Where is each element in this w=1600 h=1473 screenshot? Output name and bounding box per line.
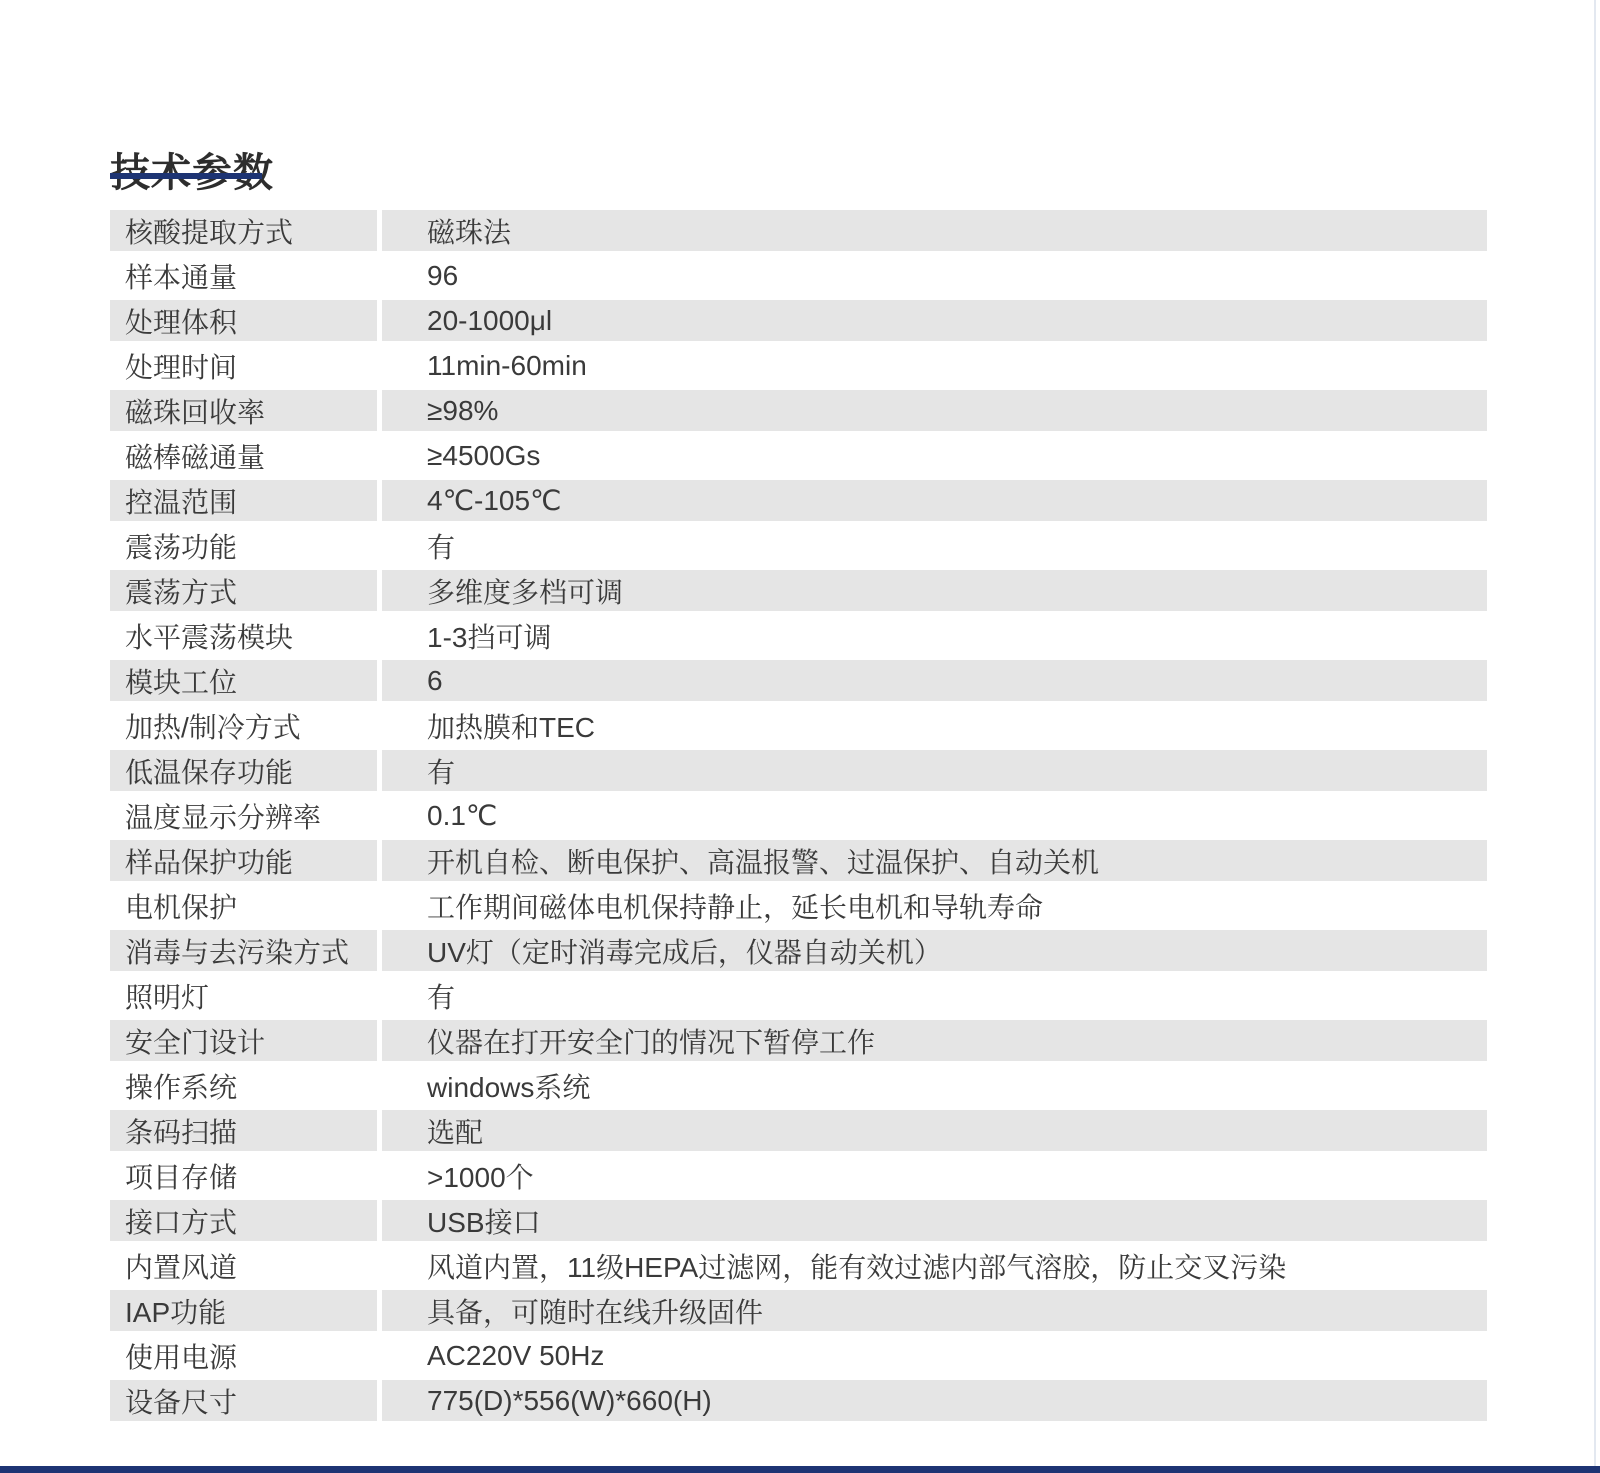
spec-value: 0.1℃ — [382, 795, 1487, 836]
spec-value: 11min-60min — [382, 345, 1487, 386]
spec-value: ≥98% — [382, 390, 1487, 431]
spec-label: 核酸提取方式 — [110, 210, 377, 251]
table-row: 安全门设计 仪器在打开安全门的情况下暂停工作 — [110, 1018, 1487, 1063]
spec-label: 样品保护功能 — [110, 840, 377, 881]
spec-table: 核酸提取方式 磁珠法 样本通量 96 处理体积 20-1000μl 处理时间 1… — [110, 208, 1487, 1423]
spec-label: 磁棒磁通量 — [110, 435, 377, 476]
spec-value: 6 — [382, 660, 1487, 701]
spec-value: 仪器在打开安全门的情况下暂停工作 — [382, 1020, 1487, 1061]
spec-label: 设备尺寸 — [110, 1380, 377, 1421]
table-row: 控温范围 4℃-105℃ — [110, 478, 1487, 523]
table-row: 设备尺寸 775(D)*556(W)*660(H) — [110, 1378, 1487, 1423]
table-row: 水平震荡模块 1-3挡可调 — [110, 613, 1487, 658]
spec-label: 处理体积 — [110, 300, 377, 341]
spec-value: UV灯（定时消毒完成后，仪器自动关机） — [382, 930, 1487, 971]
table-row: 震荡功能 有 — [110, 523, 1487, 568]
page-right-edge-line — [1594, 0, 1596, 1473]
spec-label: 控温范围 — [110, 480, 377, 521]
spec-label: 磁珠回收率 — [110, 390, 377, 431]
table-row: 核酸提取方式 磁珠法 — [110, 208, 1487, 253]
spec-label: 消毒与去污染方式 — [110, 930, 377, 971]
table-row: 电机保护 工作期间磁体电机保持静止，延长电机和导轨寿命 — [110, 883, 1487, 928]
spec-value: 96 — [382, 255, 1487, 296]
spec-value: 磁珠法 — [382, 210, 1487, 251]
spec-label: 内置风道 — [110, 1245, 377, 1286]
spec-label: 模块工位 — [110, 660, 377, 701]
spec-label: 安全门设计 — [110, 1020, 377, 1061]
spec-value: 具备，可随时在线升级固件 — [382, 1290, 1487, 1331]
spec-value: 20-1000μl — [382, 300, 1487, 341]
table-row: 磁珠回收率 ≥98% — [110, 388, 1487, 433]
table-row: 低温保存功能 有 — [110, 748, 1487, 793]
table-row: 样本通量 96 — [110, 253, 1487, 298]
spec-label: 照明灯 — [110, 975, 377, 1016]
spec-label: 条码扫描 — [110, 1110, 377, 1151]
spec-label: 项目存储 — [110, 1155, 377, 1196]
spec-label: 温度显示分辨率 — [110, 795, 377, 836]
spec-label: 震荡方式 — [110, 570, 377, 611]
spec-value: 工作期间磁体电机保持静止，延长电机和导轨寿命 — [382, 885, 1487, 926]
spec-value: windows系统 — [382, 1065, 1487, 1106]
table-row: 样品保护功能 开机自检、断电保护、高温报警、过温保护、自动关机 — [110, 838, 1487, 883]
spec-value: 4℃-105℃ — [382, 480, 1487, 521]
spec-value: 1-3挡可调 — [382, 615, 1487, 656]
table-row: 内置风道 风道内置，11级HEPA过滤网，能有效过滤内部气溶胶，防止交叉污染 — [110, 1243, 1487, 1288]
page-bottom-bar — [0, 1466, 1600, 1473]
title-underline — [110, 173, 262, 179]
spec-label: IAP功能 — [110, 1290, 377, 1331]
spec-value: 多维度多档可调 — [382, 570, 1487, 611]
spec-label: 接口方式 — [110, 1200, 377, 1241]
spec-value: 开机自检、断电保护、高温报警、过温保护、自动关机 — [382, 840, 1487, 881]
spec-value: 风道内置，11级HEPA过滤网，能有效过滤内部气溶胶，防止交叉污染 — [382, 1245, 1487, 1286]
table-row: 磁棒磁通量 ≥4500Gs — [110, 433, 1487, 478]
table-row: 震荡方式 多维度多档可调 — [110, 568, 1487, 613]
spec-value: USB接口 — [382, 1200, 1487, 1241]
table-row: 模块工位 6 — [110, 658, 1487, 703]
spec-label: 使用电源 — [110, 1335, 377, 1376]
table-row: 条码扫描 选配 — [110, 1108, 1487, 1153]
table-row: 消毒与去污染方式 UV灯（定时消毒完成后，仪器自动关机） — [110, 928, 1487, 973]
spec-label: 样本通量 — [110, 255, 377, 296]
table-row: 项目存储 >1000个 — [110, 1153, 1487, 1198]
spec-label: 操作系统 — [110, 1065, 377, 1106]
table-row: 温度显示分辨率 0.1℃ — [110, 793, 1487, 838]
spec-value: 加热膜和TEC — [382, 705, 1487, 746]
table-row: 接口方式 USB接口 — [110, 1198, 1487, 1243]
table-row: 操作系统 windows系统 — [110, 1063, 1487, 1108]
spec-value: 775(D)*556(W)*660(H) — [382, 1380, 1487, 1421]
spec-value: 有 — [382, 525, 1487, 566]
spec-value: ≥4500Gs — [382, 435, 1487, 476]
spec-value: >1000个 — [382, 1155, 1487, 1196]
table-row: 照明灯 有 — [110, 973, 1487, 1018]
spec-label: 处理时间 — [110, 345, 377, 386]
spec-value: 有 — [382, 750, 1487, 791]
spec-label: 低温保存功能 — [110, 750, 377, 791]
table-row: 加热/制冷方式 加热膜和TEC — [110, 703, 1487, 748]
spec-value: 选配 — [382, 1110, 1487, 1151]
spec-value: AC220V 50Hz — [382, 1335, 1487, 1376]
spec-label: 震荡功能 — [110, 525, 377, 566]
table-row: 处理时间 11min-60min — [110, 343, 1487, 388]
table-row: 处理体积 20-1000μl — [110, 298, 1487, 343]
spec-label: 电机保护 — [110, 885, 377, 926]
table-row: 使用电源 AC220V 50Hz — [110, 1333, 1487, 1378]
table-row: IAP功能 具备，可随时在线升级固件 — [110, 1288, 1487, 1333]
spec-value: 有 — [382, 975, 1487, 1016]
spec-label: 加热/制冷方式 — [110, 705, 377, 746]
spec-label: 水平震荡模块 — [110, 615, 377, 656]
spec-sheet-page: 技术参数 核酸提取方式 磁珠法 样本通量 96 处理体积 20-1000μl 处… — [0, 0, 1600, 1473]
